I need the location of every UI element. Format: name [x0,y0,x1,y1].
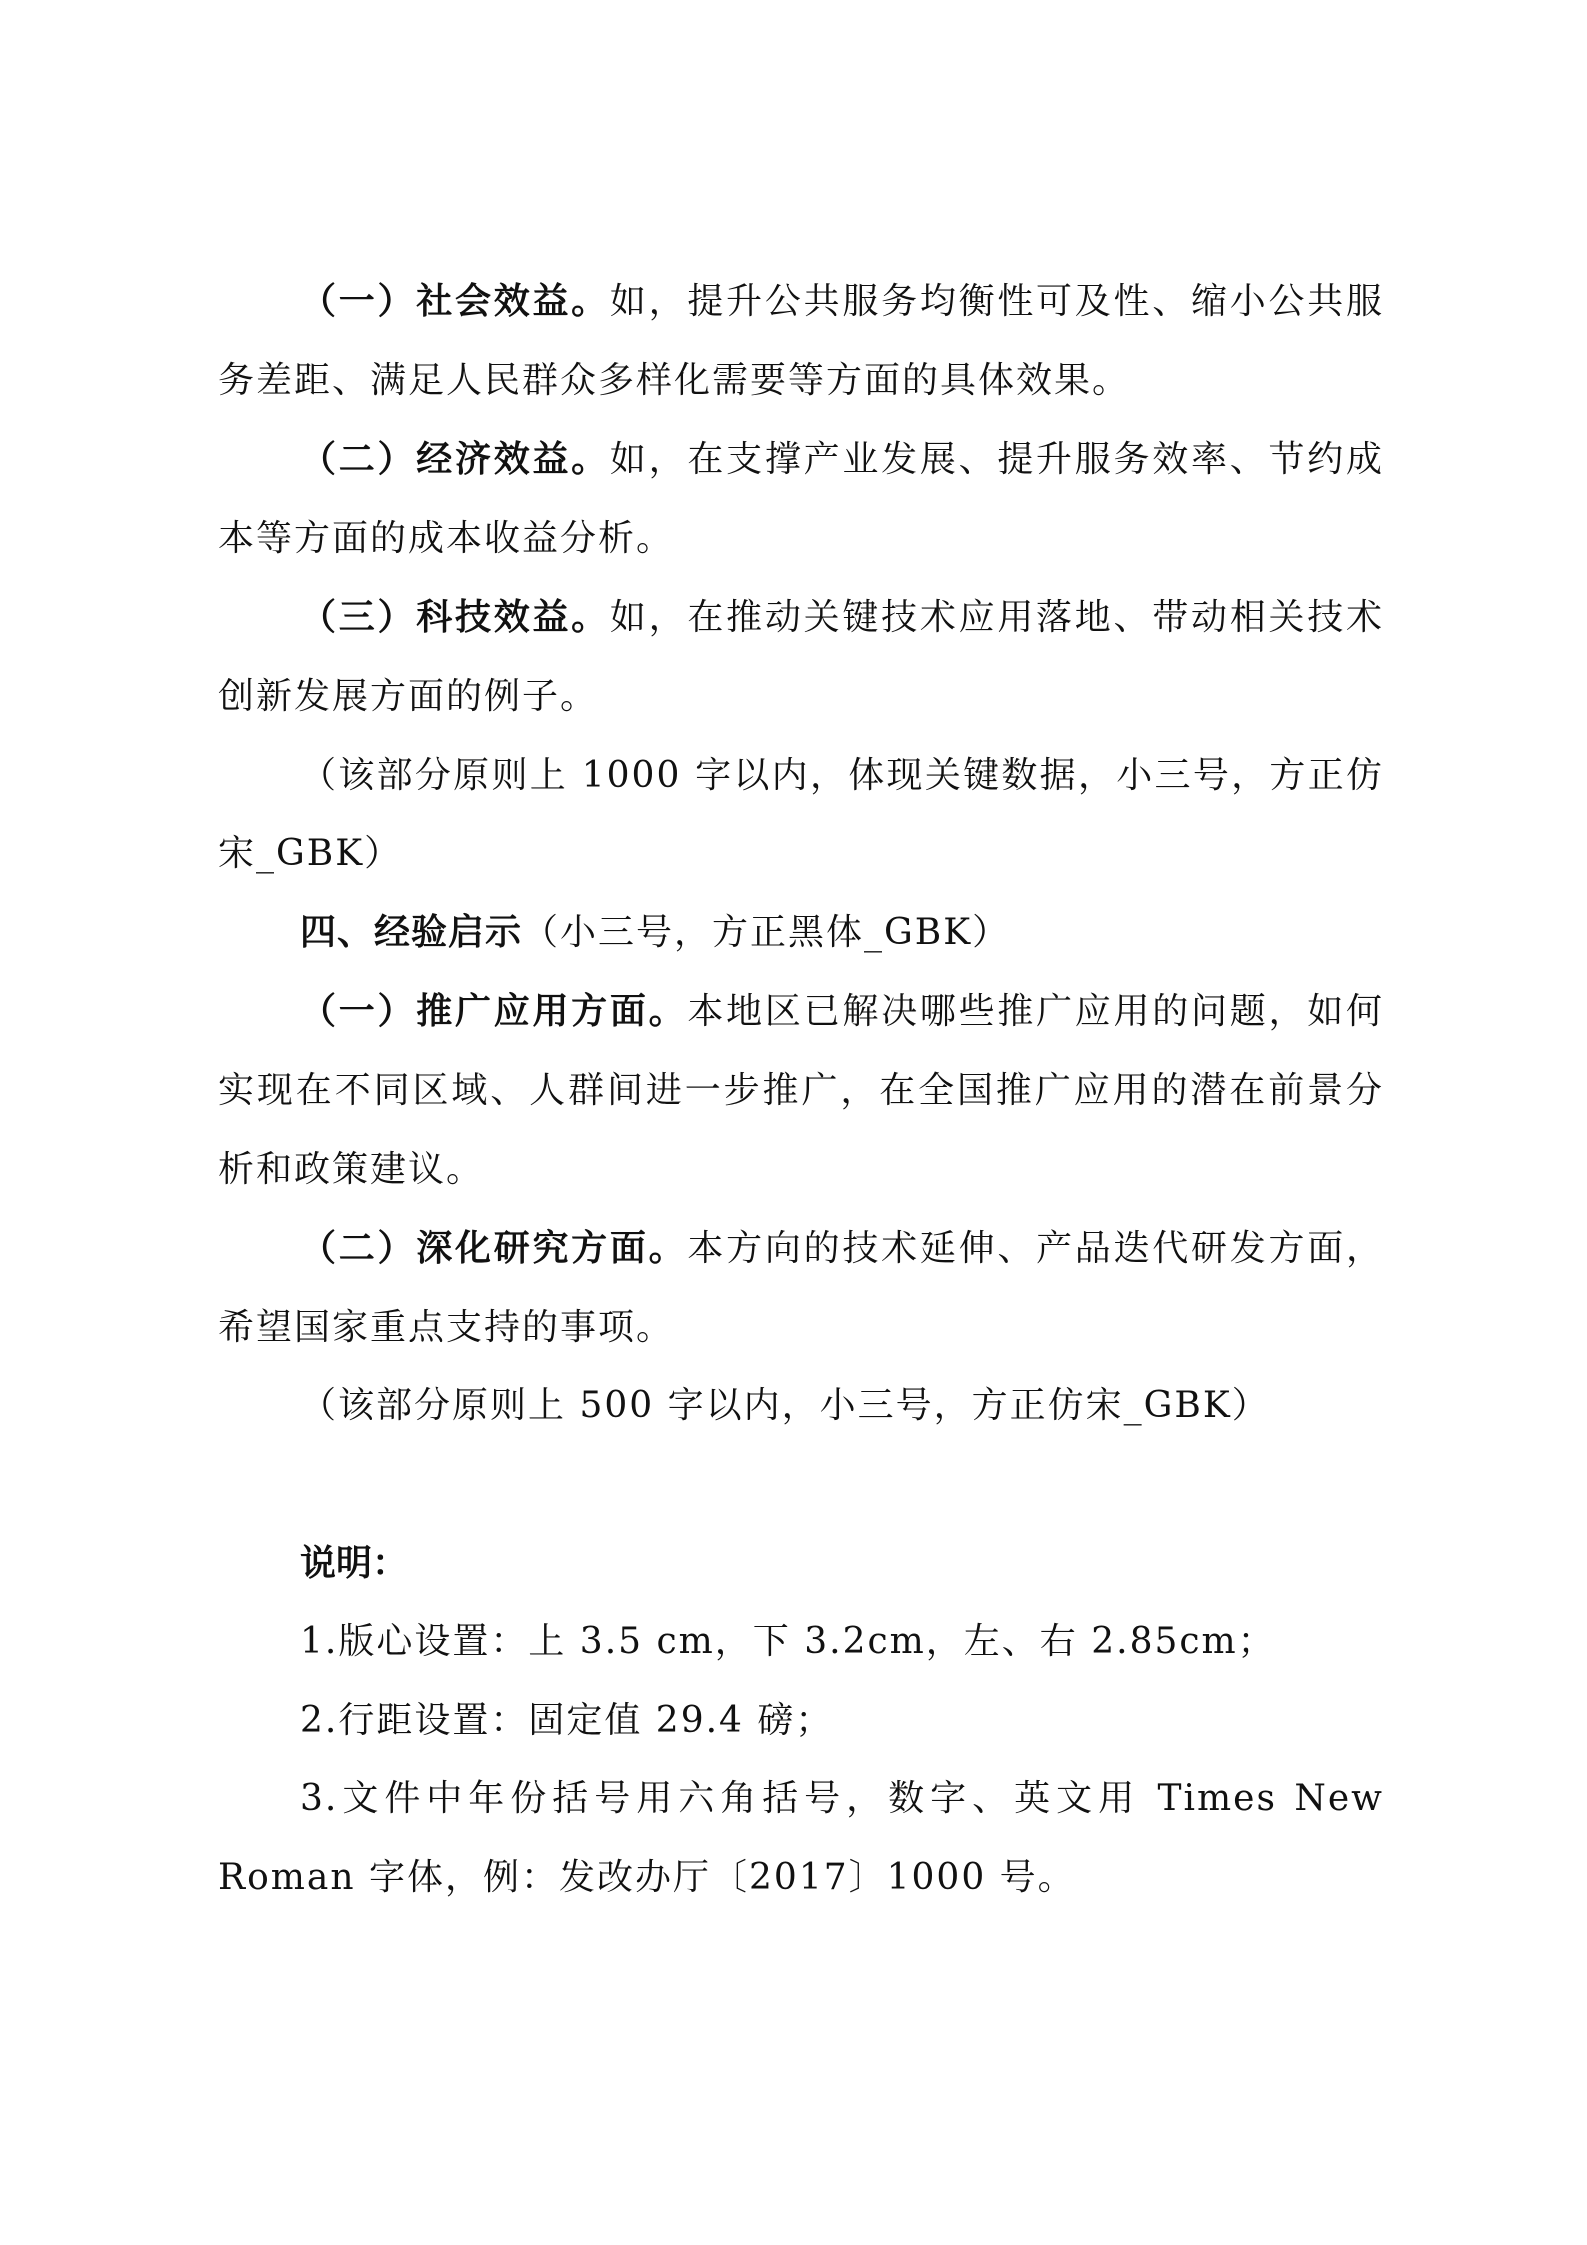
paragraph-tech-benefit: （三）科技效益。如，在推动关键技术应用落地、带动相关技术创新发展方面的例子。 [218,578,1384,736]
paragraph-lead: （二）经济效益。 [300,438,610,480]
paragraph-economic-benefit: （二）经济效益。如，在支撑产业发展、提升服务效率、节约成本等方面的成本收益分析。 [218,420,1384,578]
document-page: （一）社会效益。如，提升公共服务均衡性可及性、缩小公共服务差距、满足人民群众多样… [0,0,1587,2245]
section4-heading-note: （小三号，方正黑体_GBK） [522,912,1010,953]
paragraph-promotion: （一）推广应用方面。本地区已解决哪些推广应用的问题，如何实现在不同区域、人群间进… [218,972,1384,1209]
note-item-line-spacing: 2.行距设置：固定值 29.4 磅； [218,1682,1384,1761]
blank-line [218,1446,1384,1525]
note-item-fonts: 3.文件中年份括号用六角括号，数字、英文用 Times New Roman 字体… [218,1760,1384,1917]
note-item-margins: 1.版心设置：上 3.5 cm，下 3.2cm，左、右 2.85cm； [218,1603,1384,1682]
section4-heading-line: 四、经验启示（小三号，方正黑体_GBK） [218,894,1384,973]
paragraph-lead: （一）社会效益。 [300,280,610,322]
notes-title: 说明： [218,1525,1384,1604]
section4-heading: 四、经验启示 [300,912,522,953]
section4-note: （该部分原则上 500 字以内，小三号，方正仿宋_GBK） [218,1367,1384,1446]
document-body: （一）社会效益。如，提升公共服务均衡性可及性、缩小公共服务差距、满足人民群众多样… [218,262,1384,1917]
paragraph-social-benefit: （一）社会效益。如，提升公共服务均衡性可及性、缩小公共服务差距、满足人民群众多样… [218,262,1384,420]
paragraph-lead: （一）推广应用方面。 [300,990,687,1032]
paragraph-lead: （三）科技效益。 [300,596,610,638]
paragraph-lead: （二）深化研究方面。 [300,1227,687,1269]
section3-note: （该部分原则上 1000 字以内，体现关键数据，小三号，方正仿宋_GBK） [218,737,1384,894]
paragraph-research: （二）深化研究方面。本方向的技术延伸、产品迭代研发方面，希望国家重点支持的事项。 [218,1209,1384,1367]
